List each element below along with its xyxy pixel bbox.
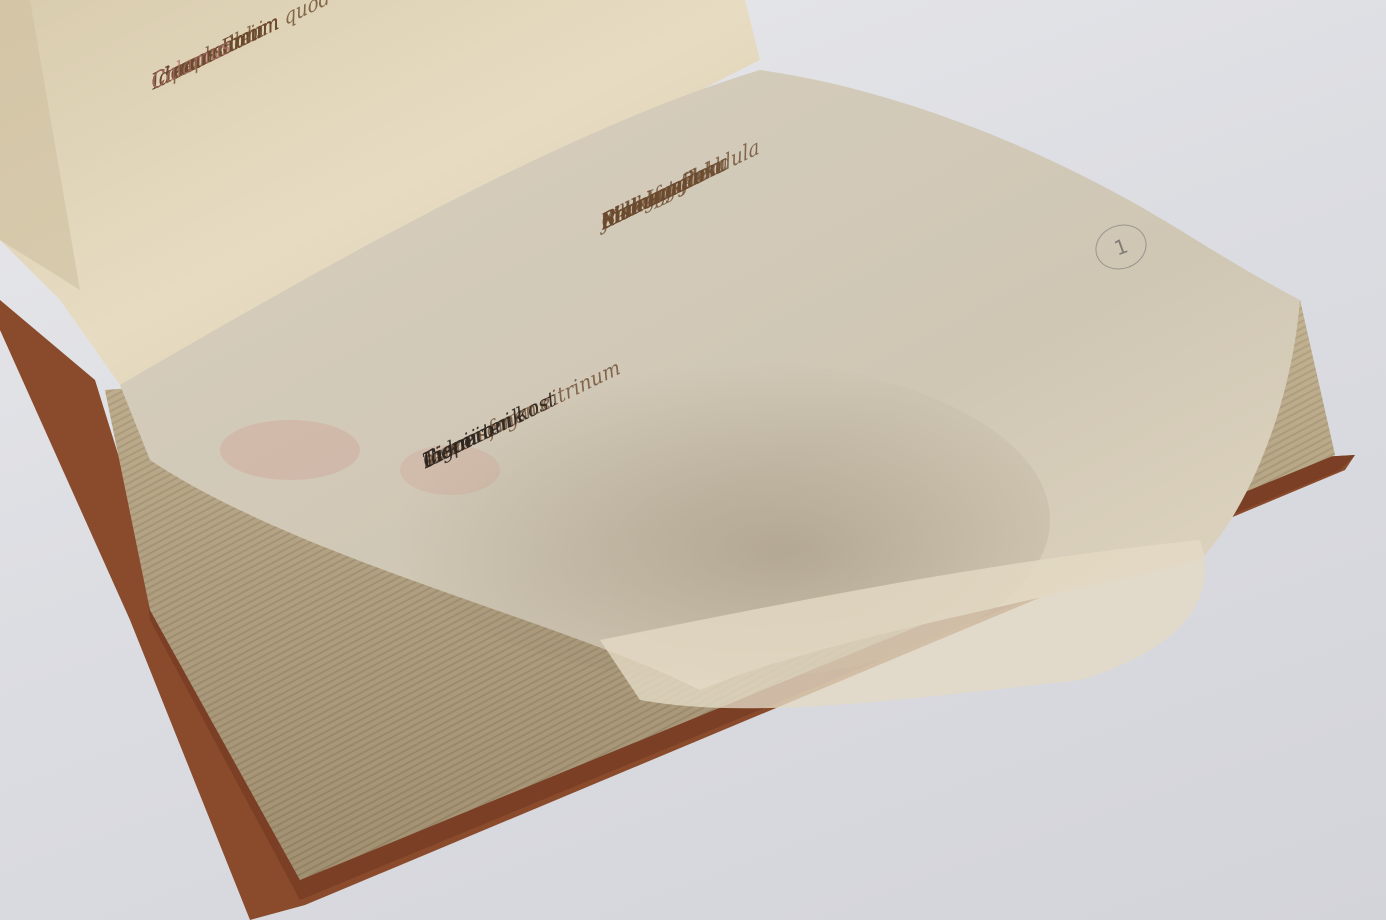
book-illustration: [0, 0, 1386, 920]
photo-scene: Cinnamomum Idem Cinnamomum Cinnamomum Id…: [0, 0, 1386, 920]
